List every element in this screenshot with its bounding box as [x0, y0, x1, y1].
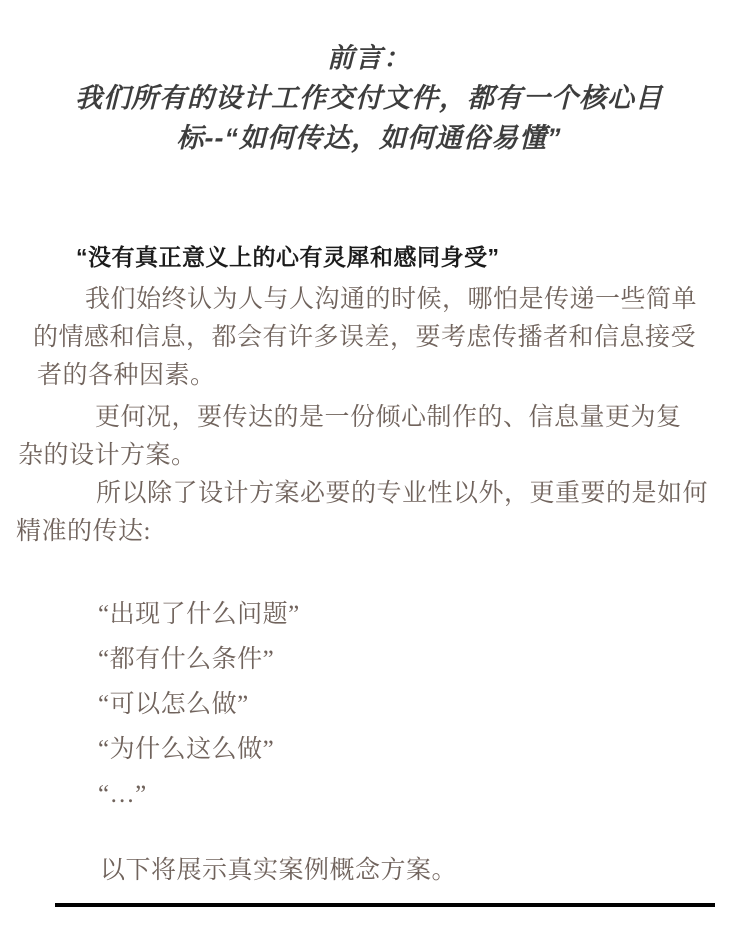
- section-subheading: “没有真正意义上的心有灵犀和感同身受”: [76, 243, 738, 271]
- paragraph-line: 更何况，要传达的是一份倾心制作的、信息量更为复: [95, 399, 738, 437]
- quote-line-3: “可以怎么做”: [98, 682, 738, 727]
- quote-line-4: “为什么这么做”: [98, 727, 738, 772]
- document-page: 前言： 我们所有的设计工作交付文件，都有一个核心目 标--“如何传达，如何通俗易…: [0, 0, 738, 952]
- quote-line-2: “都有什么条件”: [98, 637, 738, 682]
- paragraph-line: 精准的传达:: [16, 513, 738, 551]
- title-line-2: 我们所有的设计工作交付文件，都有一个核心目: [0, 78, 738, 118]
- quote-line-1: “出现了什么问题”: [98, 592, 738, 637]
- paragraph-3: 所以除了设计方案必要的专业性以外，更重要的是如何 精准的传达:: [0, 475, 738, 551]
- paragraph-line: 所以除了设计方案必要的专业性以外，更重要的是如何: [96, 475, 738, 513]
- title-line-3: 标--“如何传达，如何通俗易懂”: [0, 118, 738, 158]
- paragraph-line: 我们始终认为人与人沟通的时候，哪怕是传递一些简单: [85, 281, 738, 319]
- quote-list: “出现了什么问题” “都有什么条件” “可以怎么做” “为什么这么做” “…”: [98, 592, 738, 817]
- title-line-1: 前言：: [0, 38, 738, 78]
- paragraph-line: 杂的设计方案。: [18, 437, 738, 475]
- divider-rule: [55, 903, 715, 907]
- page-title: 前言： 我们所有的设计工作交付文件，都有一个核心目 标--“如何传达，如何通俗易…: [0, 38, 738, 158]
- paragraph-line: 的情感和信息，都会有许多误差，要考虑传播者和信息接受: [33, 319, 738, 357]
- paragraph-1: 我们始终认为人与人沟通的时候，哪怕是传递一些简单 的情感和信息，都会有许多误差，…: [0, 281, 738, 395]
- paragraph-line: 者的各种因素。: [37, 357, 738, 395]
- paragraph-2: 更何况，要传达的是一份倾心制作的、信息量更为复 杂的设计方案。: [0, 399, 738, 475]
- quote-line-5: “…”: [98, 772, 738, 817]
- closing-line: 以下将展示真实案例概念方案。: [100, 852, 738, 890]
